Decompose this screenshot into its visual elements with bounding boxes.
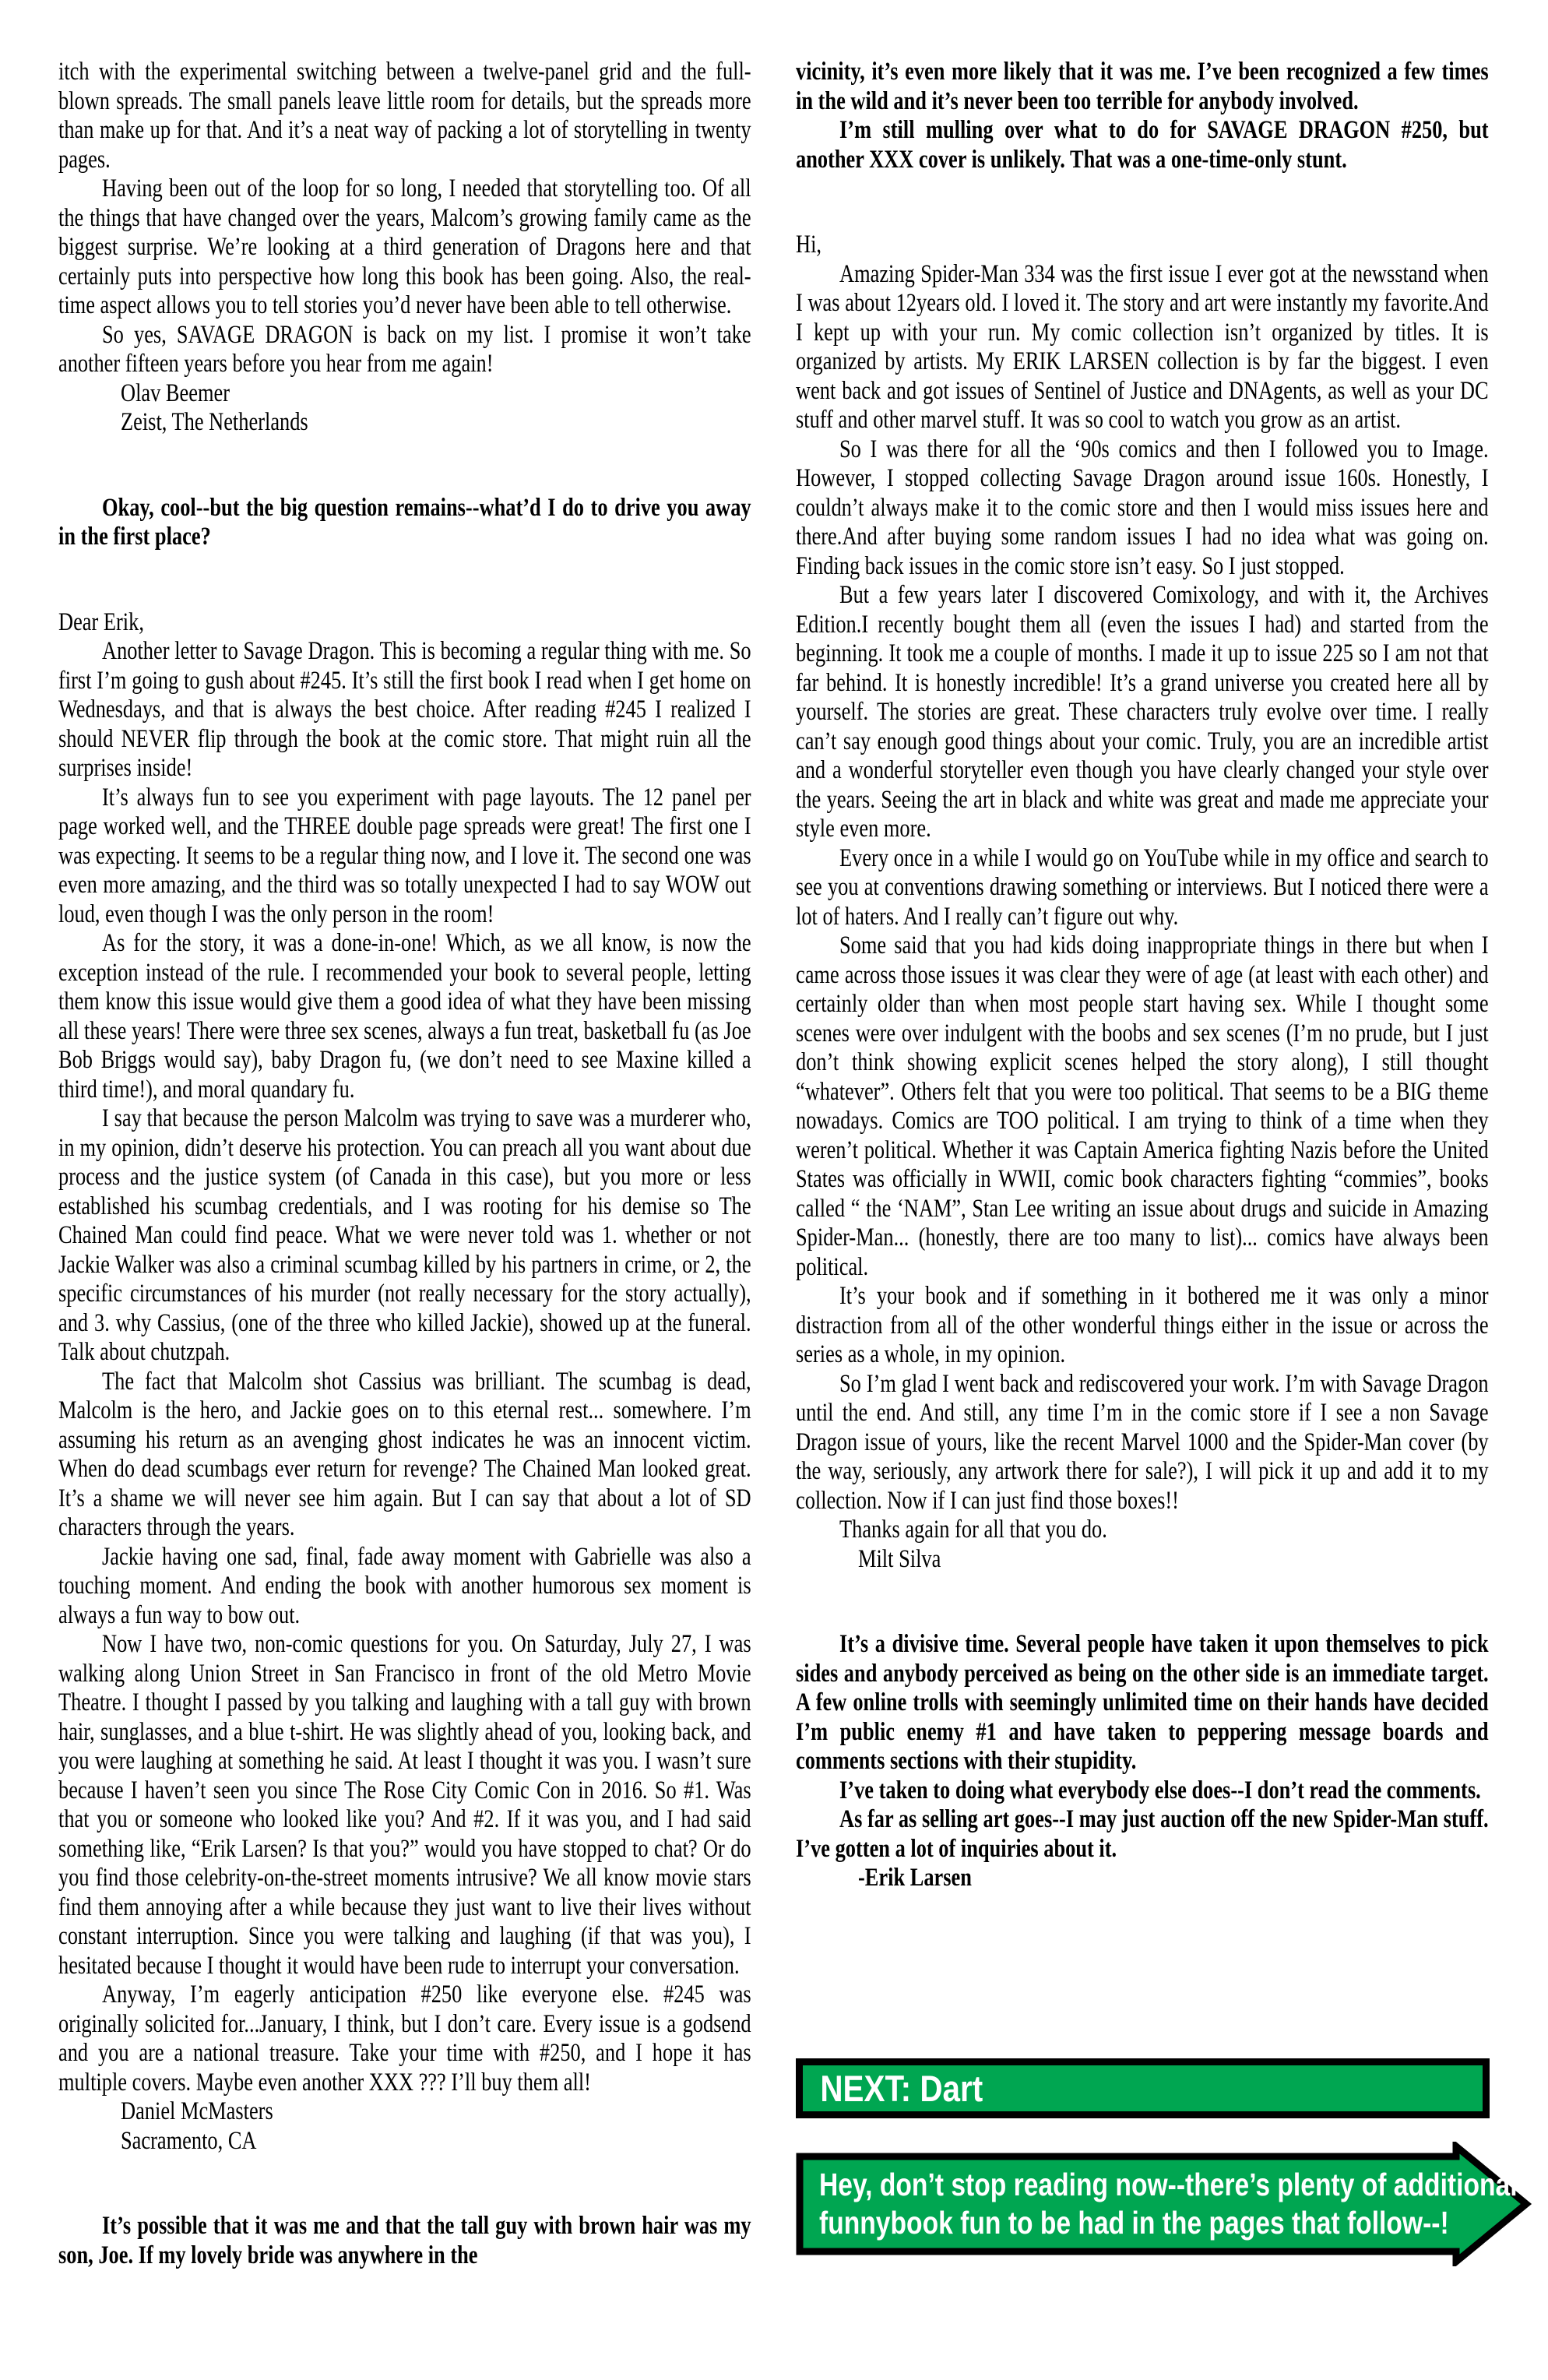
next-issue-label: NEXT: Dart <box>803 2067 983 2110</box>
letter-paragraph: Some said that you had kids doing inappr… <box>796 931 1489 1282</box>
continue-reading-line2: funnybook fun to be had in the pages tha… <box>819 2204 1518 2242</box>
letter-paragraph: Thanks again for all that you do. <box>796 1516 1489 1545</box>
letter-paragraph: I say that because the person Malcolm wa… <box>58 1104 751 1368</box>
letter-paragraph: Now I have two, non-comic questions for … <box>58 1630 751 1980</box>
continue-reading-banner: Hey, don’t stop reading now--there’s ple… <box>796 2142 1534 2266</box>
reply: It’s possible that it was me and that th… <box>58 2212 751 2270</box>
reply: It’s a divisive time. Several people hav… <box>796 1630 1489 1776</box>
reply-signature: -Erik Larsen <box>796 1864 1489 1893</box>
letter-paragraph: The fact that Malcolm shot Cassius was b… <box>58 1368 751 1543</box>
letter-paragraph: Anyway, I’m eagerly anticipation #250 li… <box>58 1980 751 2097</box>
next-issue-banner: NEXT: Dart <box>796 2058 1490 2118</box>
letter-paragraph: So I’m glad I went back and rediscovered… <box>796 1370 1489 1516</box>
continue-reading-line1: Hey, don’t stop reading now--there’s ple… <box>819 2166 1518 2204</box>
letter-paragraph: So I was there for all the ‘90s comics a… <box>796 435 1489 582</box>
reply: Okay, cool--but the big question remains… <box>58 494 751 552</box>
letter-paragraph: Another letter to Savage Dragon. This is… <box>58 637 751 783</box>
reply: As far as selling art goes--I may just a… <box>796 1805 1489 1864</box>
continue-reading-text: Hey, don’t stop reading now--there’s ple… <box>819 2156 1518 2252</box>
reply: I’ve taken to doing what everybody else … <box>796 1776 1489 1806</box>
reply: vicinity, it’s even more likely that it … <box>796 58 1489 116</box>
letters-page: itch with the experimental switching bet… <box>0 0 1548 2380</box>
letter-paragraph: As for the story, it was a done-in-one! … <box>58 929 751 1104</box>
letter-paragraph: Amazing Spider-Man 334 was the first iss… <box>796 260 1489 435</box>
signature: Daniel McMastersSacramento, CA <box>58 2097 751 2156</box>
letter-paragraph: It’s your book and if something in it bo… <box>796 1282 1489 1370</box>
letter-paragraph: So yes, SAVAGE DRAGON is back on my list… <box>58 321 751 379</box>
signature: Milt Silva <box>796 1545 1489 1575</box>
letter-paragraph: Having been out of the loop for so long,… <box>58 174 751 321</box>
salutation: Hi, <box>796 231 1489 260</box>
letter-paragraph: It’s always fun to see you experiment wi… <box>58 783 751 930</box>
signature: Olav BeemerZeist, The Netherlands <box>58 379 751 438</box>
right-column: vicinity, it’s even more likely that it … <box>796 58 1489 1893</box>
letter-paragraph: But a few years later I discovered Comix… <box>796 581 1489 844</box>
left-column: itch with the experimental switching bet… <box>58 58 751 2270</box>
letter-paragraph: itch with the experimental switching bet… <box>58 58 751 174</box>
letter-paragraph: Jackie having one sad, final, fade away … <box>58 1543 751 1631</box>
reply: I’m still mulling over what to do for SA… <box>796 116 1489 174</box>
letter-paragraph: Every once in a while I would go on YouT… <box>796 844 1489 932</box>
salutation: Dear Erik, <box>58 608 751 638</box>
